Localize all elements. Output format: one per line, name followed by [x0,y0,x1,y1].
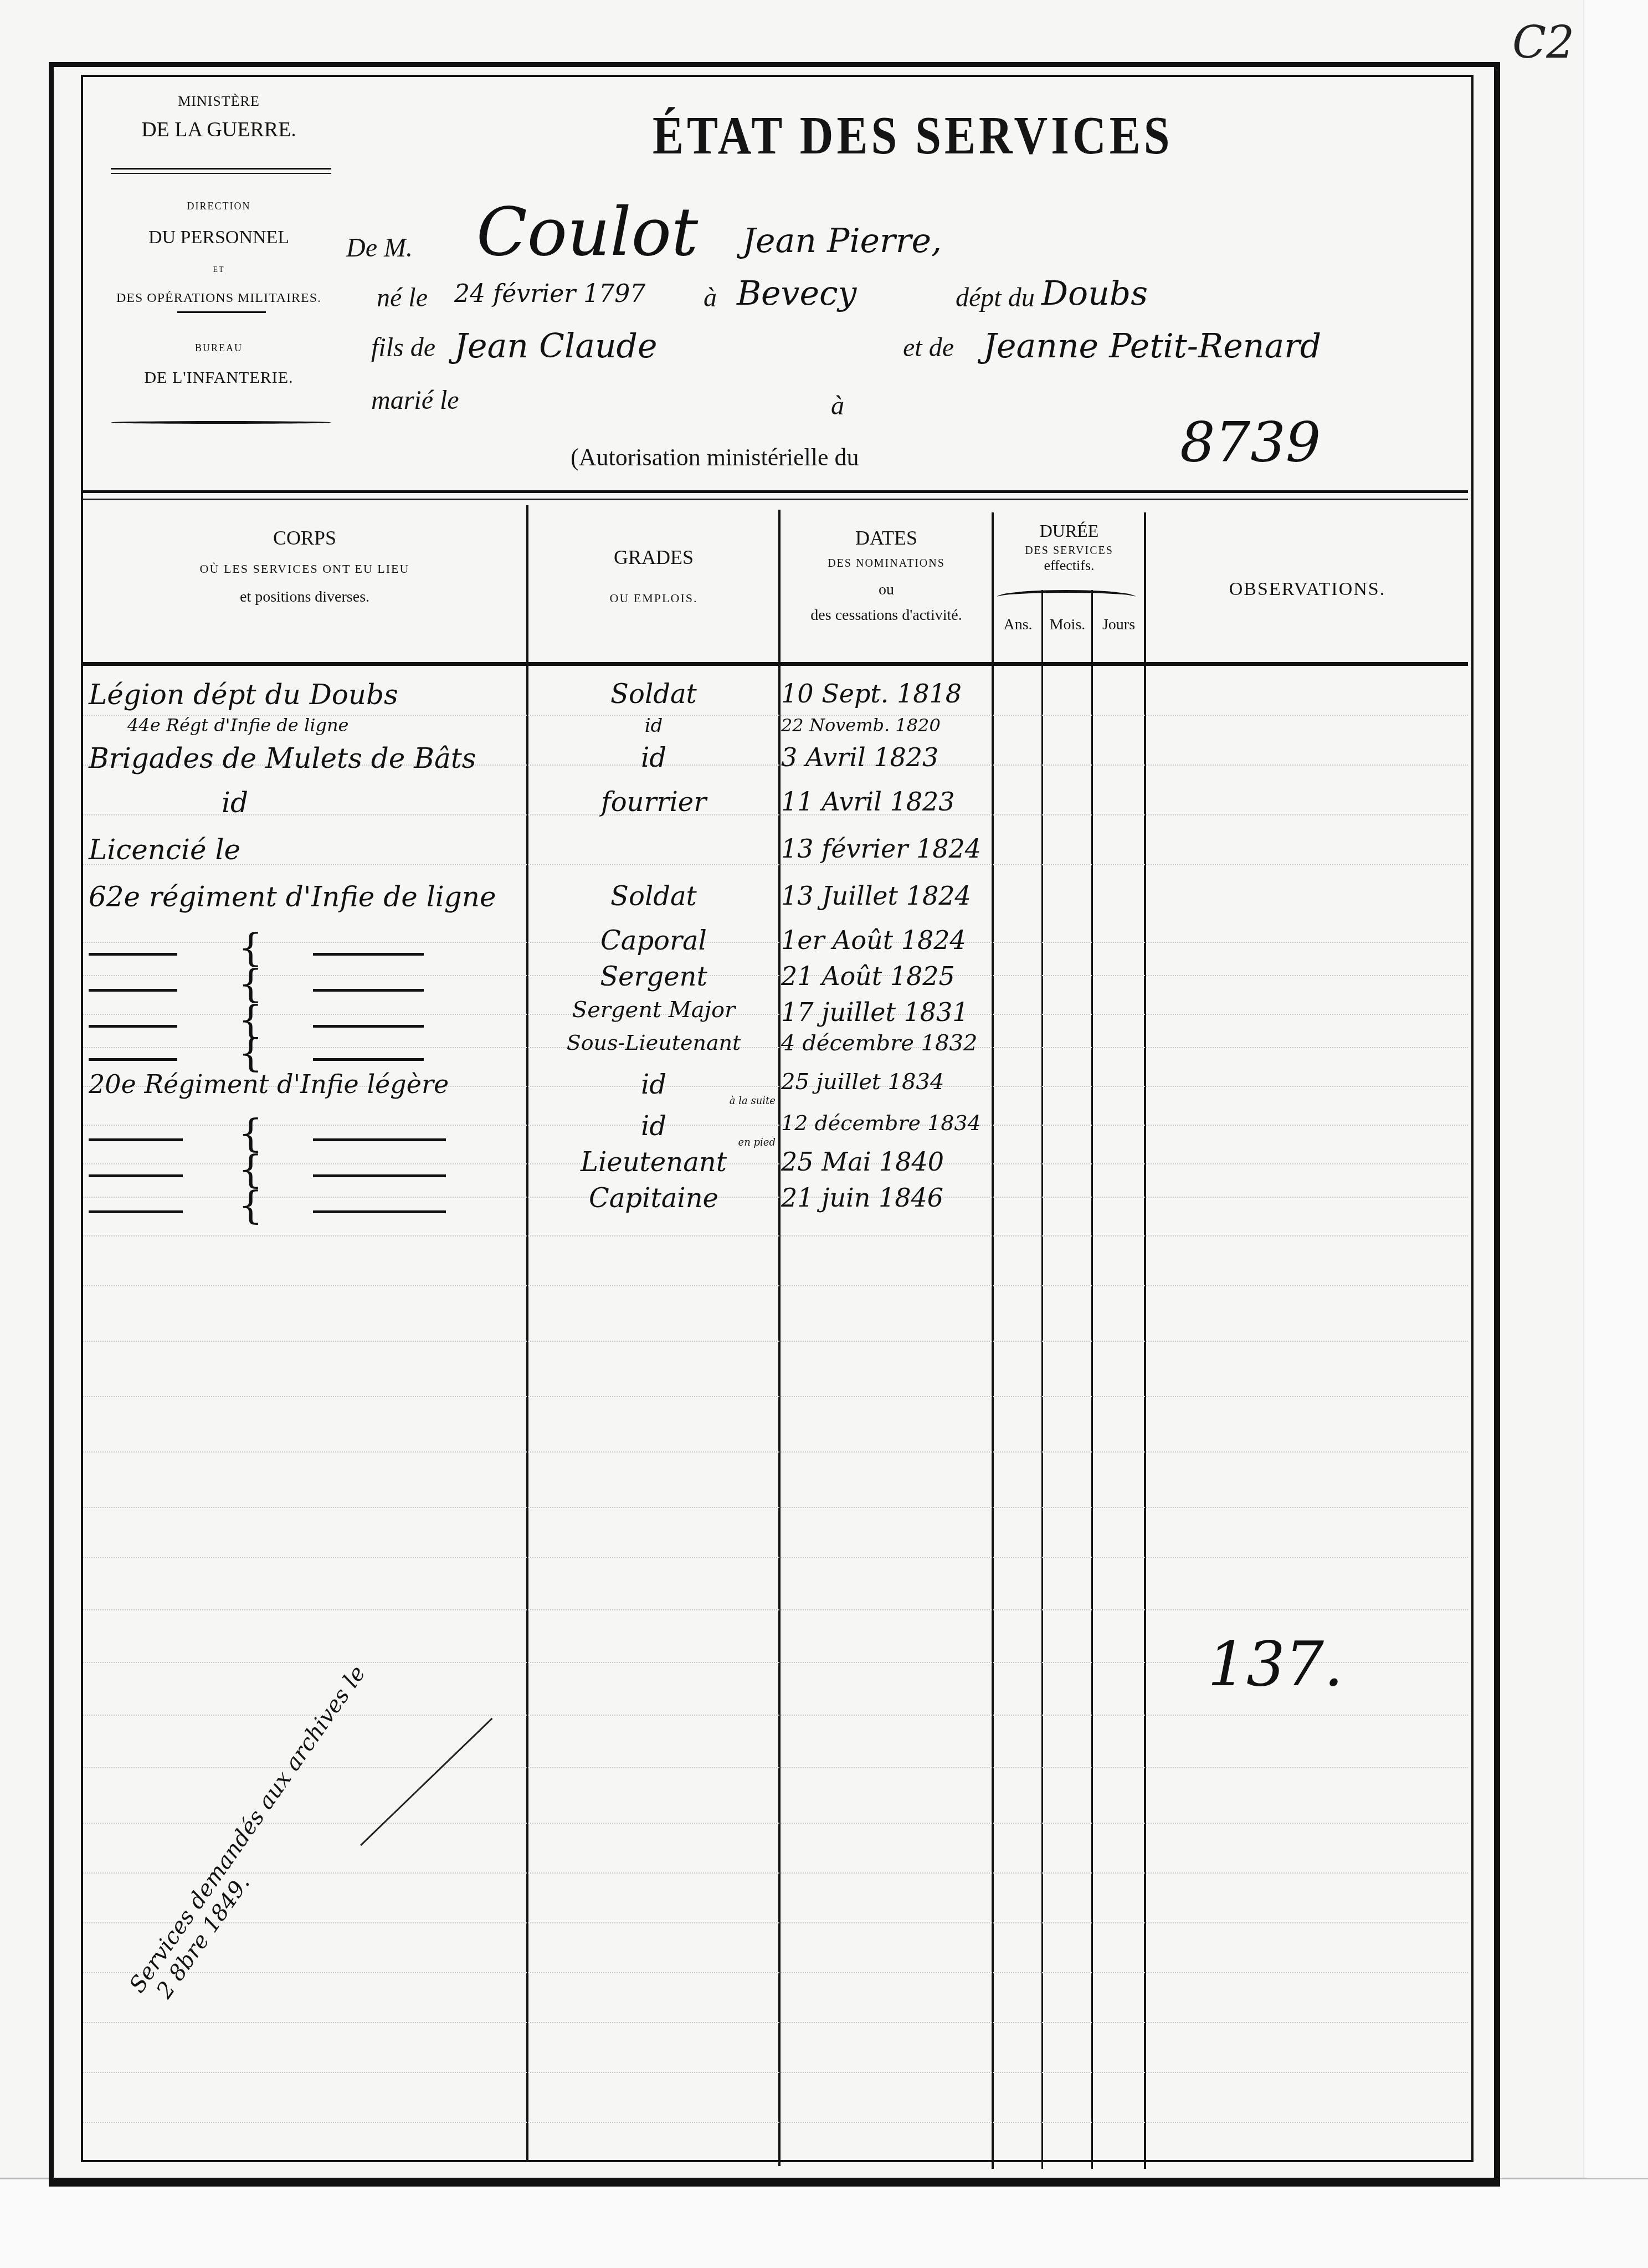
guide-line [83,1715,1468,1716]
header-dates-sub2: ou [781,581,992,599]
service-row: Licencié le 13 février 1824 [83,834,1468,878]
guide-line [83,1922,1468,1923]
header-corps-sub1: OÙ LES SERVICES ONT EU LIEU [83,562,526,576]
row-grade: Soldat [532,881,776,925]
guide-line [83,2072,1468,2073]
header-corps-sub2: et positions diverses. [83,588,526,606]
authorization-label: (Autorisation ministérielle du [571,443,859,471]
row-corps: Licencié le [89,834,521,878]
duree-brace [997,590,1136,604]
row-corps: { [89,1030,521,1075]
married-at-label: à [831,391,844,421]
ministry-rule-2 [111,173,331,174]
header-grades-title: GRADES [529,546,778,569]
file-number-value: 8739 [1180,410,1321,475]
table-header-bottom-rule [83,662,1468,666]
et-label: ET [83,266,355,275]
row-grade: fourrier [532,787,776,831]
row-corps: Brigades de Mulets de Bâts [89,742,521,787]
page-edge-right [1583,0,1648,2268]
service-row: { Capitaine 21 juin 1846 [83,1183,1468,1227]
department-value: Doubs [1041,274,1148,313]
row-date: 13 Juillet 1824 [781,881,997,925]
guide-line [83,1609,1468,1610]
header-dates-title: DATES [781,526,992,550]
corner-mark: C2 [1512,17,1574,68]
service-row: 20e Régiment d'Infie légère id à la suit… [83,1069,1468,1114]
ministry-line1: MINISTÈRE [83,93,355,110]
bureau-name: DE L'INFANTERIE. [83,368,355,387]
guide-line [83,1285,1468,1286]
guide-line [83,1396,1468,1397]
table-top-rule-1 [83,490,1468,493]
born-label: né le [377,283,428,313]
guide-line [83,1557,1468,1558]
service-row: 62e régiment d'Infie de ligne Soldat 13 … [83,881,1468,925]
header-duree-sub2: effectifs. [994,557,1144,574]
birth-place-value: Bevecy [737,274,857,313]
row-corps: { [89,1183,521,1227]
row-grade: id [532,742,776,787]
birth-date-value: 24 février 1797 [454,280,645,308]
row-grade-text: id [641,1111,666,1142]
header-observations: OBSERVATIONS. [1147,579,1468,600]
and-of-label: et de [903,332,954,363]
header-duree-title: DURÉE [994,521,1144,541]
guide-line [83,1341,1468,1342]
row-grade-note: à la suite [730,1095,776,1107]
guide-line [83,1972,1468,1973]
guide-line [83,1507,1468,1508]
born-at-label: à [704,283,717,313]
married-label: marié le [371,385,459,415]
row-grade: id à la suite [532,1069,776,1114]
guide-line [83,1451,1468,1453]
son-of-label: fils de [371,332,435,363]
guide-line [83,1872,1468,1874]
row-grade: Sous-Lieutenant [532,1030,776,1075]
bureau-label: BUREAU [83,342,355,354]
header-corps-title: CORPS [83,526,526,550]
header-dates-sub1: DES NOMINATIONS [781,557,992,570]
row-date: 13 février 1824 [781,834,997,878]
header-grades: GRADES OU EMPLOIS. [529,546,778,606]
page-title: ÉTAT DES SERVICES [653,105,1173,167]
table-top-rule-2 [83,499,1468,500]
observation-number: 137. [1208,1629,1343,1700]
row-date: 3 Avril 1823 [781,742,997,787]
page-edge-bottom [0,2178,1648,2268]
row-corps: 62e régiment d'Infie de ligne [89,881,521,925]
header-dates: DATES DES NOMINATIONS ou des cessations … [781,526,992,624]
guide-line [83,2122,1468,2123]
header-corps: CORPS OÙ LES SERVICES ONT EU LIEU et pos… [83,526,526,606]
row-date: 25 juillet 1834 [781,1069,997,1114]
header-ans: Ans. [994,616,1041,634]
header-duree: DURÉE DES SERVICES effectifs. [994,521,1144,574]
given-names-value: Jean Pierre, [742,222,942,260]
service-row: id fourrier 11 Avril 1823 [83,787,1468,831]
direction-label: DIRECTION [83,201,355,212]
row-grade: Capitaine [532,1183,776,1227]
ornament-rule [111,421,331,424]
ministry-rule-3 [177,311,266,313]
mother-value: Jeanne Petit-Renard [983,327,1321,366]
guide-line [83,1235,1468,1236]
header-dates-sub3: des cessations d'activité. [781,607,992,624]
row-grade [532,834,776,878]
row-grade-text: id [641,1069,666,1100]
father-value: Jean Claude [454,327,657,366]
operations-label: DES OPÉRATIONS MILITAIRES. [83,291,355,306]
header-duree-sub1: DES SERVICES [994,545,1144,557]
de-m-label: De M. [346,233,413,263]
direction-name: DU PERSONNEL [83,227,355,248]
document-page: C2 MINISTÈRE DE LA GUERRE. DIRECTION DU … [0,0,1648,2268]
ministry-rule-1 [111,168,331,170]
row-corps: 20e Régiment d'Infie légère [89,1069,521,1114]
service-row: { Sous-Lieutenant 4 décembre 1832 [83,1030,1468,1075]
surname-value: Coulot [476,194,698,271]
header-jours: Jours [1093,616,1144,634]
dept-label: dépt du [956,283,1035,313]
header-mois: Mois. [1044,616,1091,634]
header-grades-sub: OU EMPLOIS. [529,591,778,606]
ministry-line2: DE LA GUERRE. [83,117,355,142]
service-row: Brigades de Mulets de Bâts id 3 Avril 18… [83,742,1468,787]
row-date: 21 juin 1846 [781,1183,997,1227]
row-date: 11 Avril 1823 [781,787,997,831]
row-date: 4 décembre 1832 [781,1030,997,1075]
guide-line [83,2022,1468,2023]
